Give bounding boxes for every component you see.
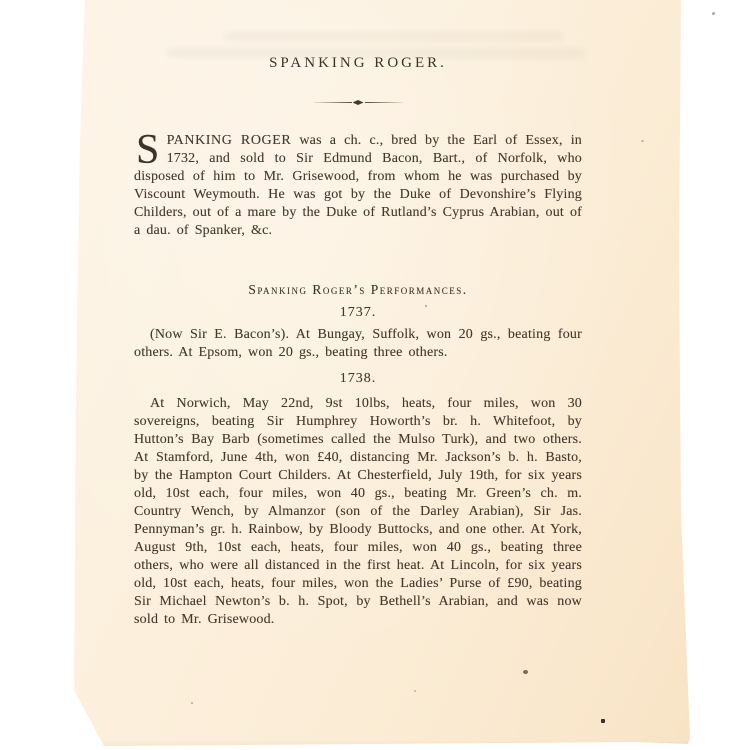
year-heading-1737: 1737. [134,305,582,321]
paper-speck [712,12,715,15]
paper-speck [601,719,605,723]
performances-1738-paragraph: At Norwich, May 22nd, 9st 10lbs, heats, … [134,395,582,629]
page-title: SPANKING ROGER. [134,54,582,72]
paper-speck [191,702,193,704]
intro-paragraph: SPANKING ROGER was a ch. c., bred by the… [134,132,582,240]
performances-heading: Spanking Roger’s Performances. [134,282,582,298]
paper-speck [414,690,416,692]
year-heading-1738: 1738. [134,371,582,387]
drop-cap: S [134,132,167,168]
intro-lead-caps: PANKING ROGER [167,133,292,148]
rule-line [365,102,403,103]
paper-speck [523,670,528,674]
diamond-rule-ornament [134,99,582,106]
performances-1737-paragraph: (Now Sir E. Bacon’s). At Bungay, Suffolk… [134,326,582,362]
scanned-book-page-screenshot: { "title": "SPANKING ROGER.", "intro": {… [0,0,750,750]
rule-line [314,102,352,103]
paper-page: SPANKING ROGER. SPANKING ROGER was a ch.… [74,0,694,750]
page-content: SPANKING ROGER. SPANKING ROGER was a ch.… [134,0,582,629]
paper-speck [641,140,644,142]
intro-text: was a ch. c., bred by the Earl of Essex,… [134,133,582,238]
diamond-icon [353,100,364,105]
